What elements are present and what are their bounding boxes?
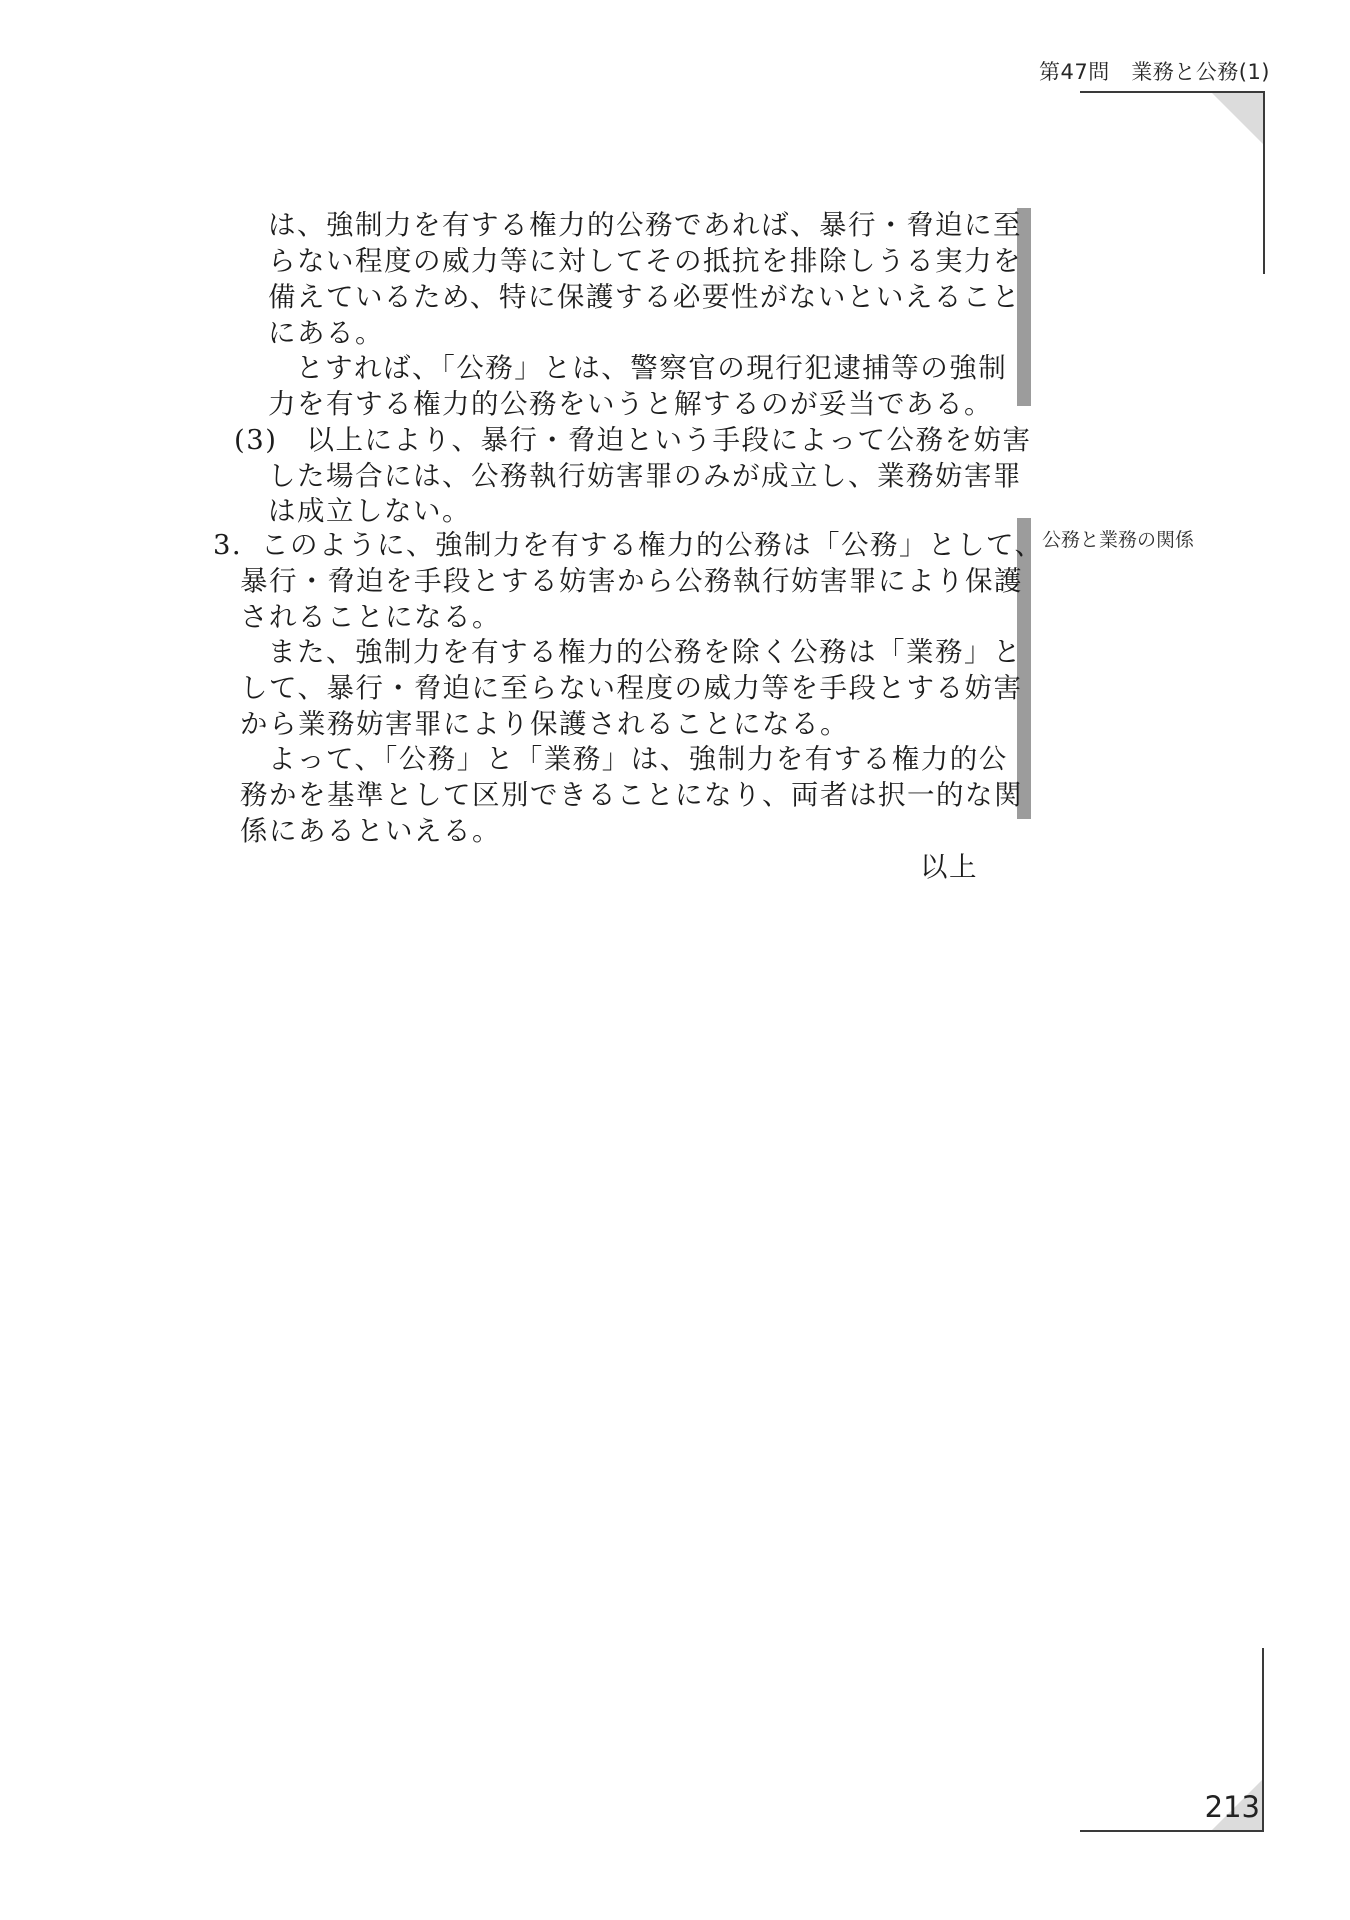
top-corner-triangle-icon xyxy=(1212,93,1263,144)
text-line: 係にあるといえる。 xyxy=(240,813,501,849)
text-line: から業務妨害罪により保護されることになる。 xyxy=(240,706,849,742)
text-line: 務かを基準として区別できることになり、両者は択一的な関 xyxy=(240,777,1023,813)
text-line: 備えているため、特に保護する必要性がないといえること xyxy=(268,279,1021,315)
text-line: して、暴行・脅迫に至らない程度の威力等を手段とする妨害 xyxy=(240,670,1022,706)
text-line: らない程度の威力等に対してその抵抗を排除しうる実力を xyxy=(268,243,1022,279)
text-line: (3) 以上により、暴行・脅迫という手段によって公務を妨害 xyxy=(234,422,1031,458)
page-number: 213 xyxy=(1150,1790,1260,1824)
text-line: は成立しない。 xyxy=(268,493,471,529)
text-line: は、強制力を有する権力的公務であれば、暴行・脅迫に至 xyxy=(268,207,1022,243)
text-line: 暴行・脅迫を手段とする妨害から公務執行妨害罪により保護 xyxy=(240,563,1023,599)
text-line: 3．このように、強制力を有する権力的公務は「公務」として、 xyxy=(213,527,1043,563)
bottom-corner-rule-horizontal xyxy=(1080,1830,1264,1832)
bottom-corner-rule-vertical xyxy=(1262,1648,1264,1832)
text-line: また、強制力を有する権力的公務を除く公務は「業務」と xyxy=(268,634,1022,670)
text-line: よって、「公務」と「業務」は、強制力を有する権力的公 xyxy=(268,741,1008,777)
text-line: にある。 xyxy=(268,315,384,351)
text-line: 力を有する権力的公務をいうと解するのが妥当である。 xyxy=(268,386,993,422)
text-line: した場合には、公務執行妨害罪のみが成立し、業務妨害罪 xyxy=(268,458,1022,494)
top-corner-rule-vertical xyxy=(1263,91,1265,274)
running-head: 第47問 業務と公務(1) xyxy=(1000,56,1270,86)
closing-mark: 以上 xyxy=(920,849,978,885)
text-line: とすれば、「公務」とは、警察官の現行犯逮捕等の強制 xyxy=(296,350,1007,386)
text-line: されることになる。 xyxy=(240,599,501,635)
side-note-heading: 公務と業務の関係 xyxy=(1042,525,1194,552)
